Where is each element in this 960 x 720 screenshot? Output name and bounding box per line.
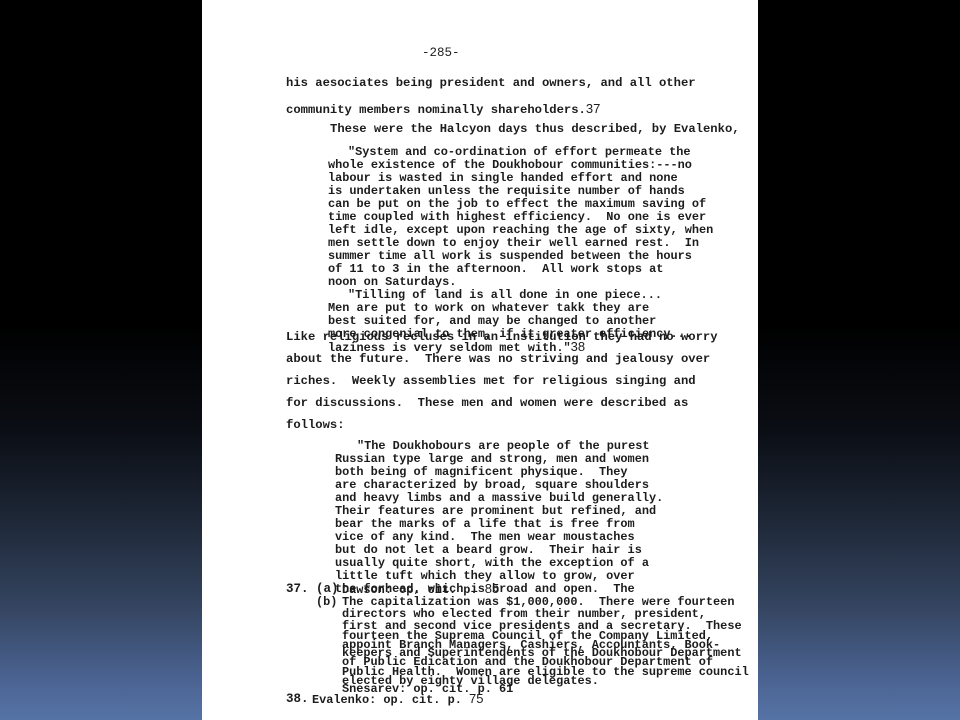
quote-2-line: but do not let a beard grow. Their hair … [335,544,642,557]
page-number: -285- [422,46,460,60]
quote-1-line: "System and co-ordination of effort perm… [348,146,691,159]
paragraph-3-line: for discussions. These men and women wer… [286,396,688,410]
quote-2-line: and heavy limbs and a massive build gene… [335,492,663,505]
quote-1-line: best suited for, and may be changed to a… [328,315,656,328]
quote-1-line: is undertaken unless the requisite numbe… [328,185,685,198]
quote-1-line: can be put on the job to effect the maxi… [328,198,706,211]
footnote-38: Evalenko: op. cit. p. 75 [312,693,483,706]
quote-2-line: "The Doukhobours are people of the pures… [357,440,650,453]
footnote-38-label: 38. [286,693,309,705]
paragraph-2-intro: These were the Halcyon days thus describ… [330,122,740,136]
quote-1-line: whole existence of the Doukhobour commun… [328,159,692,172]
quote-2-line: are characterized by broad, square shoul… [335,479,649,492]
quote-1-line: noon on Saturdays. [328,276,456,289]
footnote-38-page: 75 [469,691,483,706]
quote-1-line: Men are put to work on whatever takk the… [328,302,649,315]
footnote-37a-page: 85 [485,581,499,596]
quote-1-line: of 11 to 3 in the afternoon. All work st… [328,263,663,276]
footnote-37-label: 37. (a) [286,583,339,595]
quote-2-line: bear the marks of a life that is free fr… [335,518,635,531]
paragraph-3-line: riches. Weekly assemblies met for religi… [286,374,696,388]
paragraph-1-line-1: his aesociates being president and owner… [286,76,696,90]
footnote-ref-37: 37 [586,101,600,116]
quote-1-line: men settle down to enjoy their well earn… [328,237,699,250]
paragraph-3-line: about the future. There was no striving … [286,352,710,366]
quote-1-line: left idle, except upon reaching the age … [328,224,713,237]
paragraph-1-line-2-text: community members nominally shareholders… [286,103,586,117]
quote-1-line: summer time all work is suspended betwee… [328,250,692,263]
quote-2-line: vice of any kind. The men wear moustache… [335,531,635,544]
document-page: -285- his aesociates being president and… [202,0,758,720]
quote-2-line: Their features are prominent but refined… [335,505,656,518]
paragraph-3-line: follows: [286,418,345,432]
footnote-37b-label: (b) [316,596,337,608]
paragraph-3-line: Like religious recluses in an institutio… [286,330,718,344]
footnote-38-text: Evalenko: op. cit. p. [312,693,462,707]
quote-2-line: both being of magnificent physique. They [335,466,628,479]
quote-2-line: usually quite short, with the exception … [335,557,649,570]
paragraph-1-line-2: community members nominally shareholders… [286,101,600,117]
quote-1-line: time coupled with highest efficiency. No… [328,211,706,224]
quote-2-line: Russian type large and strong, men and w… [335,453,649,466]
quote-1-line: "Tilling of land is all done in one piec… [348,289,662,302]
quote-1-line: labour is wasted in single handed effort… [328,172,678,185]
